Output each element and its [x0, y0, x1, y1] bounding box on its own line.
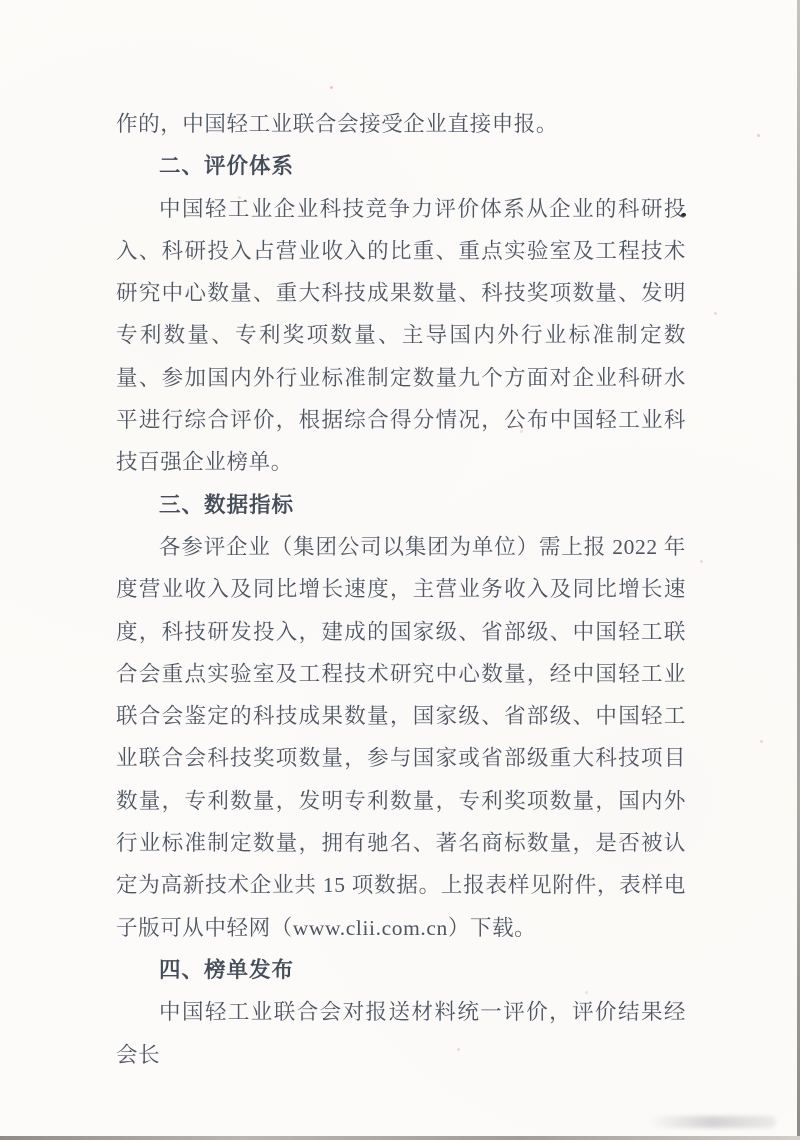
text-block: 作的，中国轻工业联合会接受企业直接申报。 二、评价体系 中国轻工业企业科技竞争力…: [116, 103, 686, 1076]
section-heading-evaluation-system: 二、评价体系: [116, 145, 686, 187]
scan-edge-bottom: [0, 1136, 800, 1140]
paragraph-data-indicators: 各参评企业（集团公司以集团为单位）需上报 2022 年度营业收入及同比增长速度，…: [116, 526, 686, 949]
section-heading-data-indicators: 三、数据指标: [116, 484, 686, 526]
paragraph-ranking-release: 中国轻工业联合会对报送材料统一评价，评价结果经会长: [116, 991, 686, 1076]
paragraph-evaluation-system: 中国轻工业企业科技竞争力评价体系从企业的科研投入、科研投入占营业收入的比重、重点…: [116, 188, 686, 484]
section-heading-ranking-release: 四、榜单发布: [116, 949, 686, 991]
scanned-page: 作的，中国轻工业联合会接受企业直接申报。 二、评价体系 中国轻工业企业科技竞争力…: [0, 0, 800, 1140]
scan-smudge: [648, 1116, 776, 1128]
paragraph-continuation: 作的，中国轻工业联合会接受企业直接申报。: [116, 103, 686, 145]
scan-noise-specks: [330, 86, 333, 89]
